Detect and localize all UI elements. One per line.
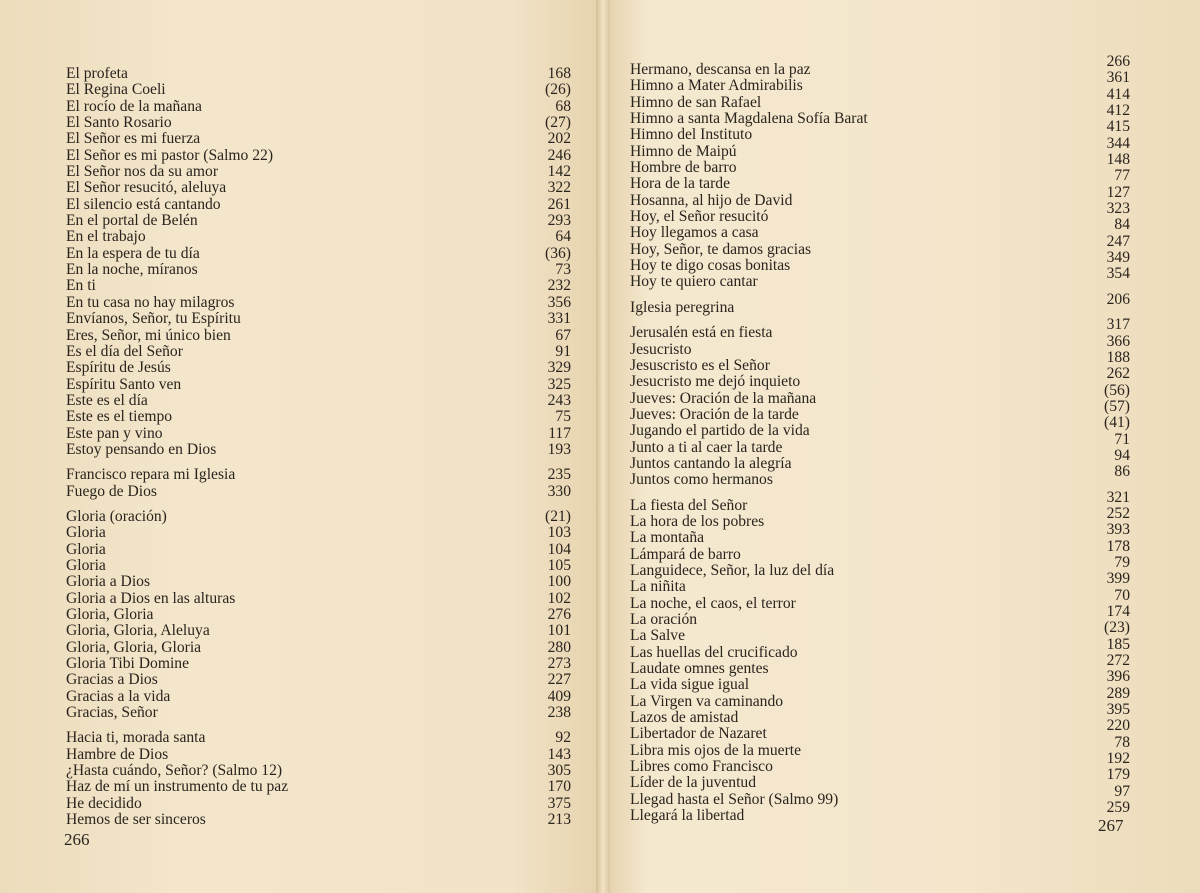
entry-page-number: (21)	[531, 509, 571, 525]
entry-page-number: (36)	[531, 246, 571, 262]
index-entry: Fuego de Dios330	[66, 484, 571, 500]
entry-title: Francisco repara mi Iglesia	[66, 467, 235, 483]
entry-title: Gloria	[66, 558, 106, 574]
entry-title: La Salve	[630, 628, 1030, 644]
entry-page-number: 127	[1070, 185, 1130, 201]
entry-title: Gloria a Dios	[66, 574, 150, 590]
entry-title: Este es el día	[66, 393, 148, 409]
entry-title: Hombre de barro	[630, 160, 1030, 176]
entry-page-number: 178	[1070, 539, 1130, 555]
index-entry: Gracias a la vida409	[66, 689, 571, 705]
entry-title: El Señor resucitó, aleluya	[66, 180, 226, 196]
entry-title: Gracias, Señor	[66, 705, 158, 721]
entry-page-number: 325	[531, 377, 571, 393]
index-entry: Gracias a Dios227	[66, 672, 571, 688]
entry-title: La montaña	[630, 530, 1030, 546]
index-entry: En la noche, míranos73	[66, 262, 571, 278]
entry-title: En tu casa no hay milagros	[66, 295, 234, 311]
right-page: Hermano, descansa en la pazHimno a Mater…	[600, 0, 1200, 893]
entry-page-number: 414	[1070, 87, 1130, 103]
entry-page-number: 409	[531, 689, 571, 705]
entry-title: Hoy, Señor, te damos gracias	[630, 242, 1030, 258]
entry-page-number: 344	[1070, 136, 1130, 152]
entry-page-number: 293	[531, 213, 571, 229]
entry-title: Llegará la libertad	[630, 808, 1030, 824]
entry-page-number: 412	[1070, 103, 1130, 119]
entry-page-number: 289	[1070, 686, 1130, 702]
entry-title: En el trabajo	[66, 229, 146, 245]
entry-title: Espíritu Santo ven	[66, 377, 181, 393]
entry-title: La fiesta del Señor	[630, 498, 1030, 514]
entry-page-number: 78	[1070, 735, 1130, 751]
entry-page-number: (41)	[1070, 415, 1130, 431]
entry-title: Gloria, Gloria, Aleluya	[66, 623, 210, 639]
song-index-left: El profeta168El Regina Coeli(26)El rocío…	[66, 66, 571, 828]
entry-page-number: (27)	[531, 115, 571, 131]
index-entry: En el portal de Belén293	[66, 213, 571, 229]
entry-page-number: 259	[1070, 800, 1130, 816]
entry-page-number: 227	[531, 672, 571, 688]
entry-page-number: 84	[1070, 217, 1130, 233]
entry-title: Gracias a la vida	[66, 689, 170, 705]
entry-page-number: 142	[531, 164, 571, 180]
entry-page-number: 276	[531, 607, 571, 623]
index-entry: El Señor nos da su amor142	[66, 164, 571, 180]
entry-page-number: 317	[1070, 317, 1130, 333]
entry-page-number: 179	[1070, 767, 1130, 783]
entry-title: Eres, Señor, mi único bien	[66, 328, 231, 344]
index-entry: El Señor es mi pastor (Salmo 22)246	[66, 148, 571, 164]
entry-title: Libres como Francisco	[630, 759, 1030, 775]
entry-page-number: 322	[531, 180, 571, 196]
entry-title: Hoy te digo cosas bonitas	[630, 258, 1030, 274]
index-entry: Haz de mí un instrumento de tu paz170	[66, 779, 571, 795]
index-entry: El Señor resucitó, aleluya322	[66, 180, 571, 196]
entry-page-number: (23)	[1070, 620, 1130, 636]
entry-page-number: 105	[531, 558, 571, 574]
entry-title: Hoy llegamos a casa	[630, 225, 1030, 241]
entry-page-number: 202	[531, 131, 571, 147]
entry-page-number: 356	[531, 295, 571, 311]
entry-page-number: 192	[1070, 751, 1130, 767]
entry-title: Jesucristo	[630, 342, 1030, 358]
entry-page-number: 395	[1070, 702, 1130, 718]
entry-title: Hoy te quiero cantar	[630, 274, 1030, 290]
entry-title: Gloria	[66, 542, 106, 558]
entry-page-number: 235	[531, 467, 571, 483]
song-index-right-titles: Hermano, descansa en la pazHimno a Mater…	[630, 62, 1030, 824]
entry-page-number: 280	[531, 640, 571, 656]
entry-page-number: 220	[1070, 718, 1130, 734]
entry-title: Envíanos, Señor, tu Espíritu	[66, 311, 241, 327]
entry-page-number: 174	[1070, 604, 1130, 620]
entry-title: Himno del Instituto	[630, 127, 1030, 143]
entry-title: Estoy pensando en Dios	[66, 442, 216, 458]
left-page: El profeta168El Regina Coeli(26)El rocío…	[0, 0, 600, 893]
entry-page-number: 70	[1070, 588, 1130, 604]
entry-title: Jerusalén está en fiesta	[630, 325, 1030, 341]
entry-page-number: 77	[1070, 168, 1130, 184]
index-entry: Envíanos, Señor, tu Espíritu331	[66, 311, 571, 327]
entry-page-number: 86	[1070, 464, 1130, 480]
entry-page-number: 75	[531, 409, 571, 425]
entry-title: Hosanna, al hijo de David	[630, 193, 1030, 209]
entry-page-number: 375	[531, 796, 571, 812]
index-entry: El Señor es mi fuerza202	[66, 131, 571, 147]
entry-title: En el portal de Belén	[66, 213, 198, 229]
entry-title: En ti	[66, 278, 96, 294]
entry-title: Jueves: Oración de la tarde	[630, 407, 1030, 423]
entry-page-number: 206	[1070, 292, 1130, 308]
entry-title: Gloria a Dios en las alturas	[66, 591, 235, 607]
entry-page-number: 330	[531, 484, 571, 500]
entry-title: Libra mis ojos de la muerte	[630, 743, 1030, 759]
index-entry: En la espera de tu día(36)	[66, 246, 571, 262]
entry-page-number: 331	[531, 311, 571, 327]
entry-title: Gloria, Gloria, Gloria	[66, 640, 201, 656]
entry-page-number: 79	[1070, 555, 1130, 571]
entry-page-number: 73	[531, 262, 571, 278]
index-entry: En ti232	[66, 278, 571, 294]
index-entry: Gloria a Dios en las alturas102	[66, 591, 571, 607]
entry-page-number: 97	[1070, 784, 1130, 800]
index-entry: Gloria, Gloria276	[66, 607, 571, 623]
entry-page-number: 247	[1070, 234, 1130, 250]
entry-title: La noche, el caos, el terror	[630, 596, 1030, 612]
entry-title: La Virgen va caminando	[630, 694, 1030, 710]
entry-title: La vida sigue igual	[630, 677, 1030, 693]
index-entry: En el trabajo64	[66, 229, 571, 245]
index-entry: Este es el tiempo75	[66, 409, 571, 425]
index-entry: Gloria Tibi Domine273	[66, 656, 571, 672]
entry-title: Gloria	[66, 525, 106, 541]
entry-page-number: 193	[531, 442, 571, 458]
entry-title: Gloria, Gloria	[66, 607, 153, 623]
entry-page-number: 64	[531, 229, 571, 245]
index-entry: El rocío de la mañana68	[66, 99, 571, 115]
entry-page-number: 185	[1070, 637, 1130, 653]
index-entry: El Santo Rosario(27)	[66, 115, 571, 131]
entry-page-number: 117	[531, 426, 571, 442]
entry-title: La niñita	[630, 579, 1030, 595]
entry-page-number: 243	[531, 393, 571, 409]
entry-page-number: 67	[531, 328, 571, 344]
index-entry: Gloria, Gloria, Gloria280	[66, 640, 571, 656]
entry-page-number: 238	[531, 705, 571, 721]
index-entry: Gloria, Gloria, Aleluya101	[66, 623, 571, 639]
entry-page-number: 103	[531, 525, 571, 541]
book-fold	[596, 0, 610, 893]
index-entry: Espíritu de Jesús329	[66, 360, 571, 376]
entry-title: Himno a Mater Admirabilis	[630, 78, 1030, 94]
entry-title: Gracias a Dios	[66, 672, 158, 688]
entry-title: Este pan y vino	[66, 426, 163, 442]
index-entry: Hemos de ser sinceros213	[66, 812, 571, 828]
entry-page-number: 273	[531, 656, 571, 672]
entry-page-number: 361	[1070, 70, 1130, 86]
index-entry: ¿Hasta cuándo, Señor? (Salmo 12)305	[66, 763, 571, 779]
entry-page-number: 232	[531, 278, 571, 294]
entry-title: El Señor nos da su amor	[66, 164, 218, 180]
song-index-right-numbers: 2663614144124153441487712732384247349354…	[1070, 54, 1130, 816]
entry-title: Hermano, descansa en la paz	[630, 62, 1030, 78]
index-entry: El Regina Coeli(26)	[66, 82, 571, 98]
entry-title: El rocío de la mañana	[66, 99, 202, 115]
entry-page-number: 170	[531, 779, 571, 795]
entry-page-number: 354	[1070, 266, 1130, 282]
entry-title: El profeta	[66, 66, 128, 82]
entry-page-number: 329	[531, 360, 571, 376]
entry-title: Himno a santa Magdalena Sofía Barat	[630, 111, 1030, 127]
entry-title: El Señor es mi fuerza	[66, 131, 200, 147]
entry-title: Hambre de Dios	[66, 747, 168, 763]
entry-page-number: 101	[531, 623, 571, 639]
entry-page-number: 323	[1070, 201, 1130, 217]
entry-title: Jesuscristo es el Señor	[630, 358, 1030, 374]
index-entry: Francisco repara mi Iglesia235	[66, 467, 571, 483]
entry-page-number: 92	[531, 730, 571, 746]
entry-page-number: 246	[531, 148, 571, 164]
index-entry: Este es el día243	[66, 393, 571, 409]
entry-page-number: 305	[531, 763, 571, 779]
entry-title: Líder de la juventud	[630, 775, 1030, 791]
index-entry: Hambre de Dios143	[66, 747, 571, 763]
entry-page-number: 94	[1070, 448, 1130, 464]
entry-title: Gloria Tibi Domine	[66, 656, 189, 672]
index-entry: El profeta168	[66, 66, 571, 82]
entry-page-number: 349	[1070, 250, 1130, 266]
index-entry: Eres, Señor, mi único bien67	[66, 328, 571, 344]
entry-page-number: (56)	[1070, 383, 1130, 399]
page-number-right: 267	[1098, 816, 1124, 836]
entry-title: Iglesia peregrina	[630, 300, 1030, 316]
entry-page-number: 71	[1070, 432, 1130, 448]
entry-page-number: 91	[531, 344, 571, 360]
entry-title: Es el día del Señor	[66, 344, 183, 360]
entry-title: Hacia ti, morada santa	[66, 730, 205, 746]
entry-page-number: 188	[1070, 350, 1130, 366]
index-entry: Espíritu Santo ven325	[66, 377, 571, 393]
entry-title: ¿Hasta cuándo, Señor? (Salmo 12)	[66, 763, 282, 779]
entry-title: Himno de Maipú	[630, 144, 1030, 160]
entry-title: Fuego de Dios	[66, 484, 157, 500]
entry-page-number: 272	[1070, 653, 1130, 669]
entry-title: El silencio está cantando	[66, 197, 221, 213]
index-entry: Gloria105	[66, 558, 571, 574]
entry-page-number: 102	[531, 591, 571, 607]
entry-title: El Regina Coeli	[66, 82, 166, 98]
entry-title: Jesucristo me dejó inquieto	[630, 374, 1030, 390]
entry-title: Las huellas del crucificado	[630, 645, 1030, 661]
index-entry: Estoy pensando en Dios193	[66, 442, 571, 458]
entry-title: Jueves: Oración de la mañana	[630, 391, 1030, 407]
entry-title: Languidece, Señor, la luz del día	[630, 563, 1030, 579]
index-entry: Gloria (oración)(21)	[66, 509, 571, 525]
entry-page-number: 252	[1070, 506, 1130, 522]
entry-title: Hoy, el Señor resucitó	[630, 209, 1030, 225]
index-entry: En tu casa no hay milagros356	[66, 295, 571, 311]
entry-page-number: 266	[1070, 54, 1130, 70]
index-entry: He decidido375	[66, 796, 571, 812]
entry-title: Jugando el partido de la vida	[630, 423, 1030, 439]
entry-page-number: 148	[1070, 152, 1130, 168]
page-number-left: 266	[64, 830, 90, 850]
entry-title: Espíritu de Jesús	[66, 360, 171, 376]
entry-title: Laudate omnes gentes	[630, 661, 1030, 677]
index-entry: Es el día del Señor91	[66, 344, 571, 360]
entry-title: Hemos de ser sinceros	[66, 812, 206, 828]
index-entry: Hacia ti, morada santa92	[66, 730, 571, 746]
entry-title: Himno de san Rafael	[630, 95, 1030, 111]
entry-title: El Santo Rosario	[66, 115, 172, 131]
entry-title: Llegad hasta el Señor (Salmo 99)	[630, 792, 1030, 808]
index-entry: El silencio está cantando261	[66, 197, 571, 213]
entry-page-number: 261	[531, 197, 571, 213]
entry-title: En la espera de tu día	[66, 246, 200, 262]
entry-page-number: 68	[531, 99, 571, 115]
entry-title: Juntos como hermanos	[630, 472, 1030, 488]
entry-title: He decidido	[66, 796, 142, 812]
entry-title: La hora de los pobres	[630, 514, 1030, 530]
entry-title: En la noche, míranos	[66, 262, 198, 278]
book-spread: El profeta168El Regina Coeli(26)El rocío…	[0, 0, 1200, 893]
entry-title: Hora de la tarde	[630, 176, 1030, 192]
entry-title: Gloria (oración)	[66, 509, 167, 525]
index-entry: Este pan y vino117	[66, 426, 571, 442]
entry-page-number: 168	[531, 66, 571, 82]
entry-page-number: 415	[1070, 119, 1130, 135]
entry-page-number: 262	[1070, 366, 1130, 382]
entry-page-number: 321	[1070, 490, 1130, 506]
entry-title: Juntos cantando la alegría	[630, 456, 1030, 472]
entry-title: Haz de mí un instrumento de tu paz	[66, 779, 288, 795]
index-entry: Gloria104	[66, 542, 571, 558]
entry-title: El Señor es mi pastor (Salmo 22)	[66, 148, 273, 164]
entry-page-number: (26)	[531, 82, 571, 98]
entry-page-number: 366	[1070, 334, 1130, 350]
entry-page-number: 143	[531, 747, 571, 763]
entry-title: Lazos de amistad	[630, 710, 1030, 726]
entry-page-number: 396	[1070, 669, 1130, 685]
entry-title: Este es el tiempo	[66, 409, 172, 425]
entry-page-number: 213	[531, 812, 571, 828]
entry-title: Junto a ti al caer la tarde	[630, 440, 1030, 456]
entry-page-number: 399	[1070, 571, 1130, 587]
index-entry: Gloria103	[66, 525, 571, 541]
index-entry: Gloria a Dios100	[66, 574, 571, 590]
entry-page-number: 104	[531, 542, 571, 558]
entry-page-number: 100	[531, 574, 571, 590]
entry-page-number: (57)	[1070, 399, 1130, 415]
entry-title: La oración	[630, 612, 1030, 628]
index-entry: Gracias, Señor238	[66, 705, 571, 721]
entry-title: Libertador de Nazaret	[630, 726, 1030, 742]
entry-title: Lámpará de barro	[630, 547, 1030, 563]
entry-page-number: 393	[1070, 522, 1130, 538]
